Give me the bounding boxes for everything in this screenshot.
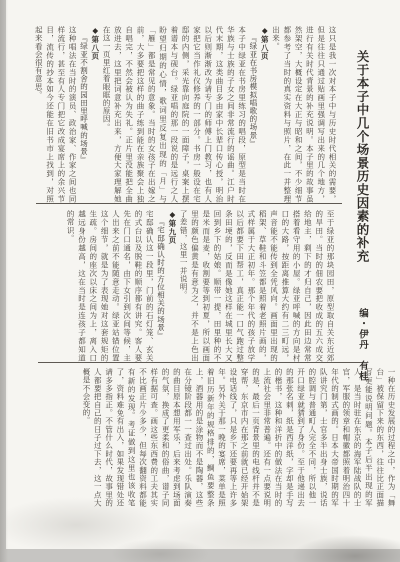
body-paragraph: 宅邸确认这一段里，门前的石灯笼、玄关的式台以及脱鞋的顺序都有讲究。客人要先在门口… [65, 210, 155, 362]
page8-marker-2: ◆第八页 [89, 26, 100, 203]
page-title: 关于本子中几个场景历史因素的补充 [355, 50, 370, 263]
section-middle: 至于绿亚的那块园田，原型取自关东近郊的旱田。当时的佃农要把收成的五六成交给地主，… [11, 210, 336, 362]
body-paragraph: 一种在历史发展的过程之中，作为「舞台」被保留下来的东西，往往比正面描写更能说明问… [81, 368, 397, 507]
paper-page: 关于本子中几个场景历史因素的补充 编・伊丹 有桂 这只是我一次对本子中与历史时代… [6, 0, 400, 549]
section-divider-1 [36, 203, 342, 204]
section-top: 这只是我一次对本子中与历史时代相关的需要，但是往往只通过贴画里强调写出来的几个地… [14, 26, 338, 203]
intro-paragraph: 这只是我一次对本子中与历史时代相关的需要，但是往往只通过贴画里强调写出来的几个地… [270, 26, 338, 203]
page9-marker: ◆第九页 [167, 210, 178, 362]
page8-marker-1: ◆第八页 [259, 26, 270, 203]
scene-title-singing: 『绿亚在书房模拟唱歌的场景』 [248, 26, 259, 203]
section-bottom: 一种在历史发展的过程之中，作为「舞台」被保留下来的东西，往往比正面描写更能说明问… [64, 368, 397, 507]
body-paragraph: 至于绿亚的那块园田，原型取自关东近郊的旱田。当时的佃农要把收成的五六成交给地主，… [178, 210, 336, 362]
body-paragraph: 本子中绿亚在书房里练习的唱段，原型是当时在华族与士族的子女之间非常流行的谣曲。江… [101, 26, 248, 203]
section-divider-2 [38, 362, 360, 363]
scanned-document-page: { "doc": { "title": "关于本子中几个场景历史因素的补充", … [0, 0, 400, 562]
body-paragraph: 这种唱法在当时的演员、政治家、作家之间也同样流行，甚至有人专门把它改成宴席上的余… [33, 26, 78, 203]
scene-title-field: 『绿亚不割舍的园田里呼喊的场景』 [78, 26, 89, 203]
scene-title-mansion: 『宅邸确认时的方位相关的场景』 [155, 210, 166, 362]
